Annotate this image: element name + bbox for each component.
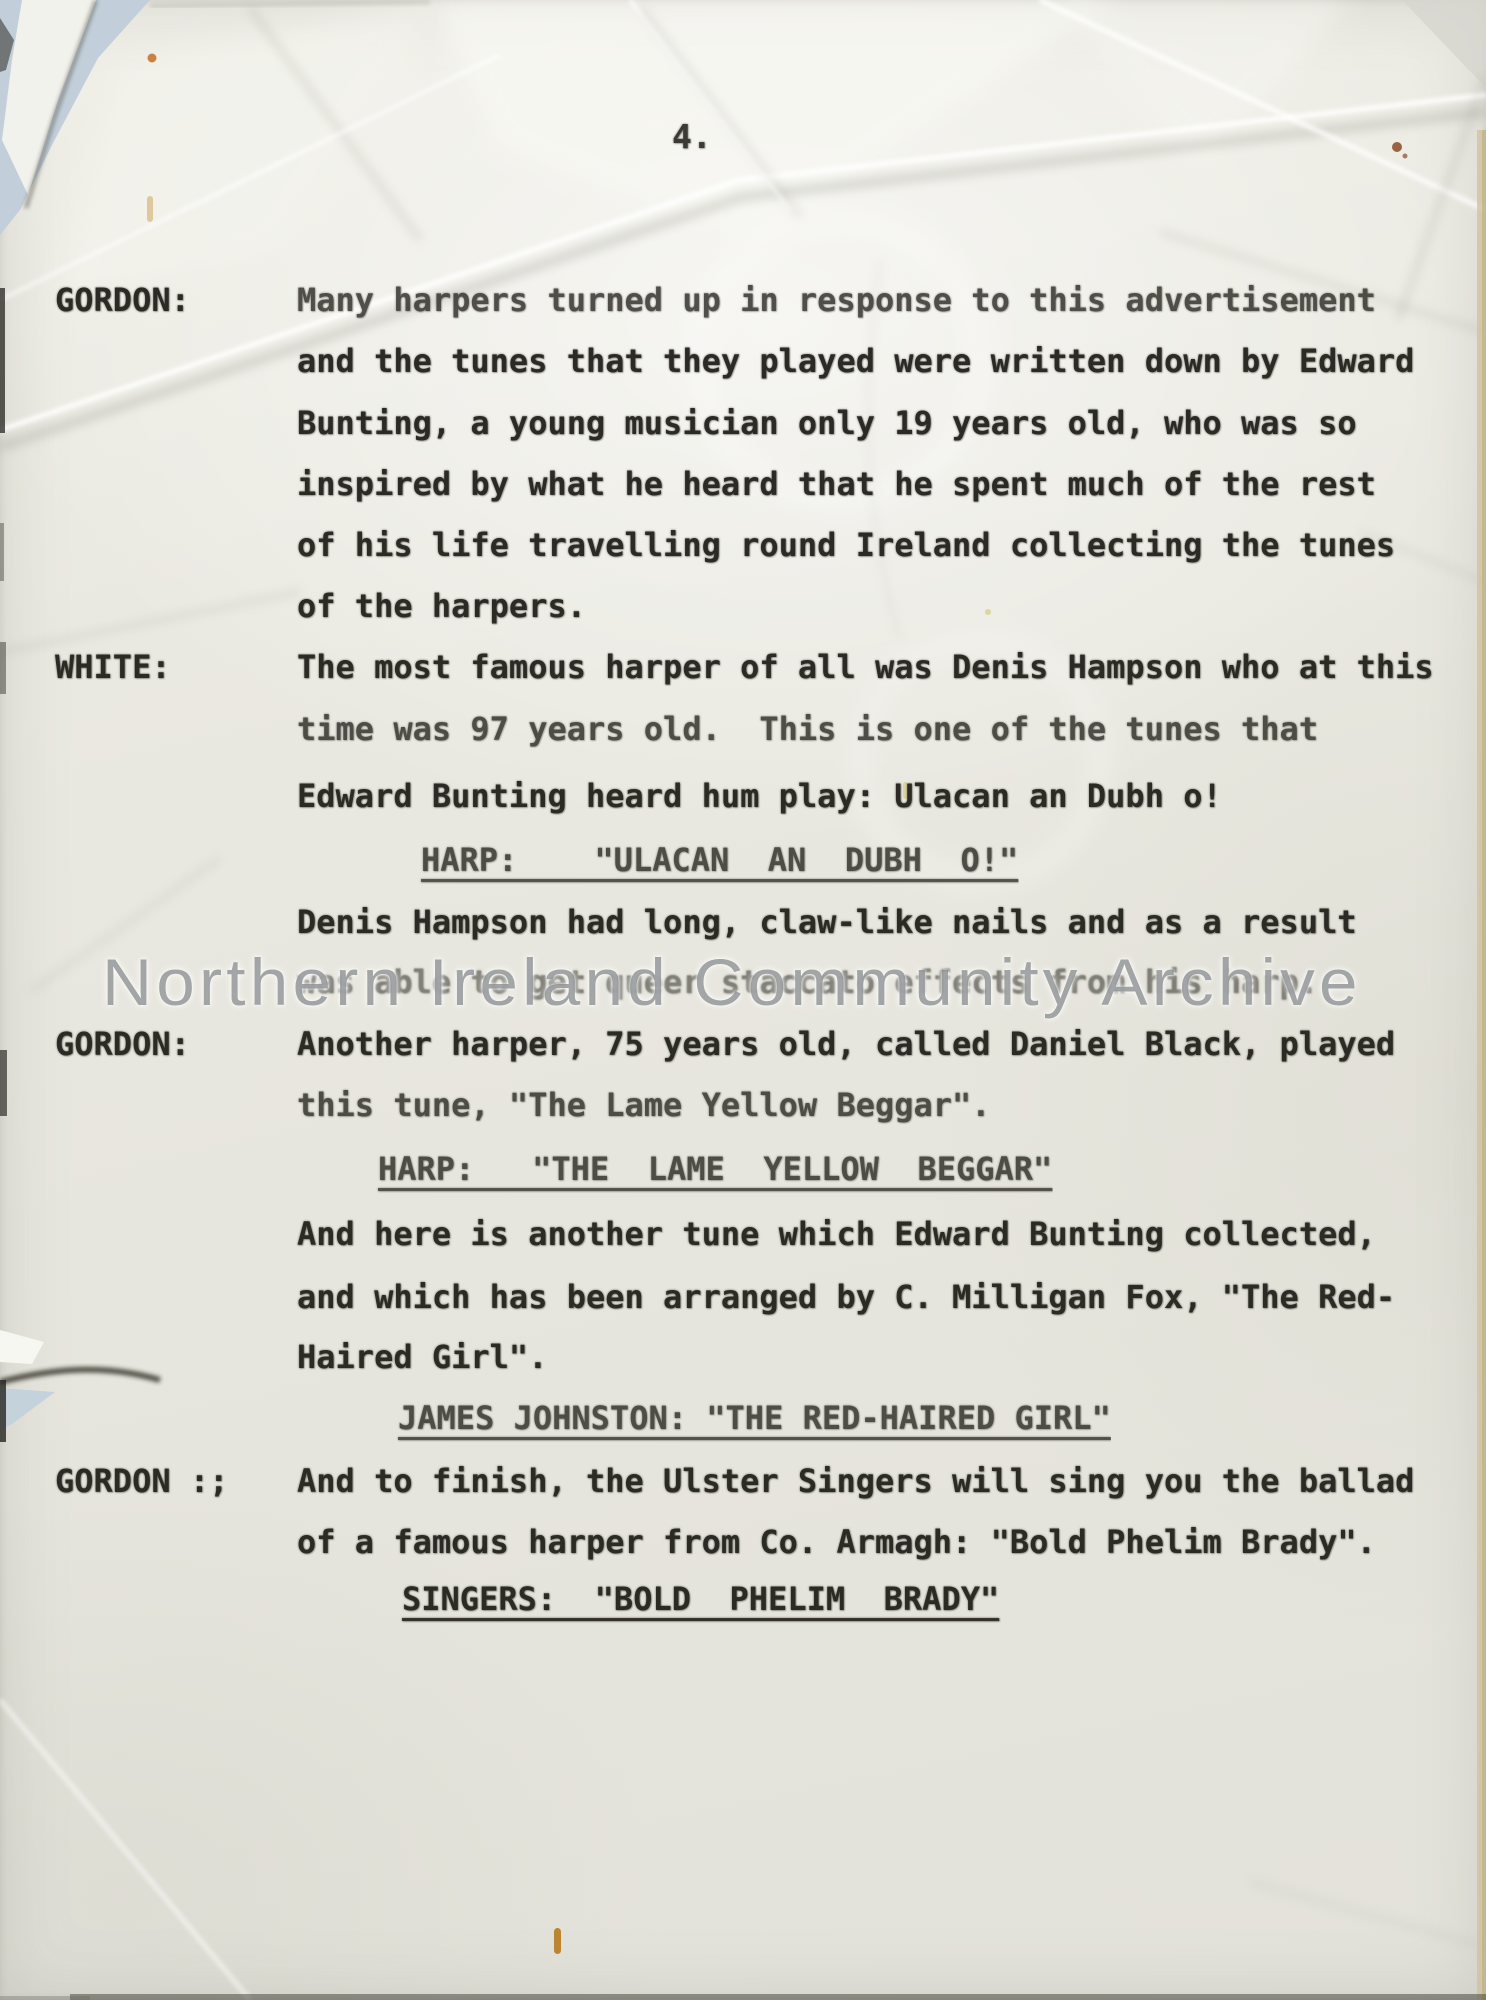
- dialogue-line: time was 97 years old. This is one of th…: [297, 710, 1318, 748]
- dialogue-line: this tune, "The Lame Yellow Beggar".: [297, 1086, 991, 1124]
- dialogue-line: The most famous harper of all was Denis …: [297, 648, 1434, 686]
- dialogue-line: Haired Girl".: [297, 1338, 547, 1376]
- dialogue-line: Another harper, 75 years old, called Dan…: [297, 1025, 1395, 1063]
- dialogue-line: of the harpers.: [297, 587, 586, 625]
- dialogue-line: Bunting, a young musician only 19 years …: [297, 404, 1357, 442]
- archive-watermark: Northern Ireland Community Archive: [102, 946, 1362, 1018]
- dialogue-line: and the tunes that they played were writ…: [297, 342, 1414, 380]
- dialogue-line: And to finish, the Ulster Singers will s…: [297, 1462, 1414, 1500]
- dialogue-line: And here is another tune which Edward Bu…: [297, 1215, 1376, 1253]
- page-number: 4.: [672, 118, 712, 156]
- scanned-script-page: 4. GORDON: WHITE: GORDON: GORDON :; Many…: [0, 0, 1486, 2000]
- music-cue: HARP: "THE LAME YELLOW BEGGAR": [378, 1150, 1052, 1188]
- dialogue-line: of his life travelling round Ireland col…: [297, 526, 1395, 564]
- dialogue-line: Many harpers turned up in response to th…: [297, 281, 1376, 319]
- dialogue-line: Denis Hampson had long, claw-like nails …: [297, 903, 1357, 941]
- dialogue-line: and which has been arranged by C. Millig…: [297, 1278, 1395, 1316]
- music-cue: SINGERS: "BOLD PHELIM BRADY": [402, 1580, 999, 1618]
- speaker-label-gordon: GORDON:: [55, 281, 190, 319]
- dialogue-line: Edward Bunting heard hum play: Ulacan an…: [297, 777, 1222, 815]
- dialogue-line: of a famous harper from Co. Armagh: "Bol…: [297, 1523, 1376, 1561]
- speaker-label-gordon: GORDON :;: [55, 1462, 228, 1500]
- music-cue: HARP: "ULACAN AN DUBH O!": [421, 841, 1018, 879]
- dialogue-line: inspired by what he heard that he spent …: [297, 465, 1376, 503]
- speaker-label-white: WHITE:: [55, 648, 171, 686]
- speaker-label-gordon: GORDON:: [55, 1025, 190, 1063]
- music-cue: JAMES JOHNSTON: "THE RED-HAIRED GIRL": [398, 1399, 1111, 1437]
